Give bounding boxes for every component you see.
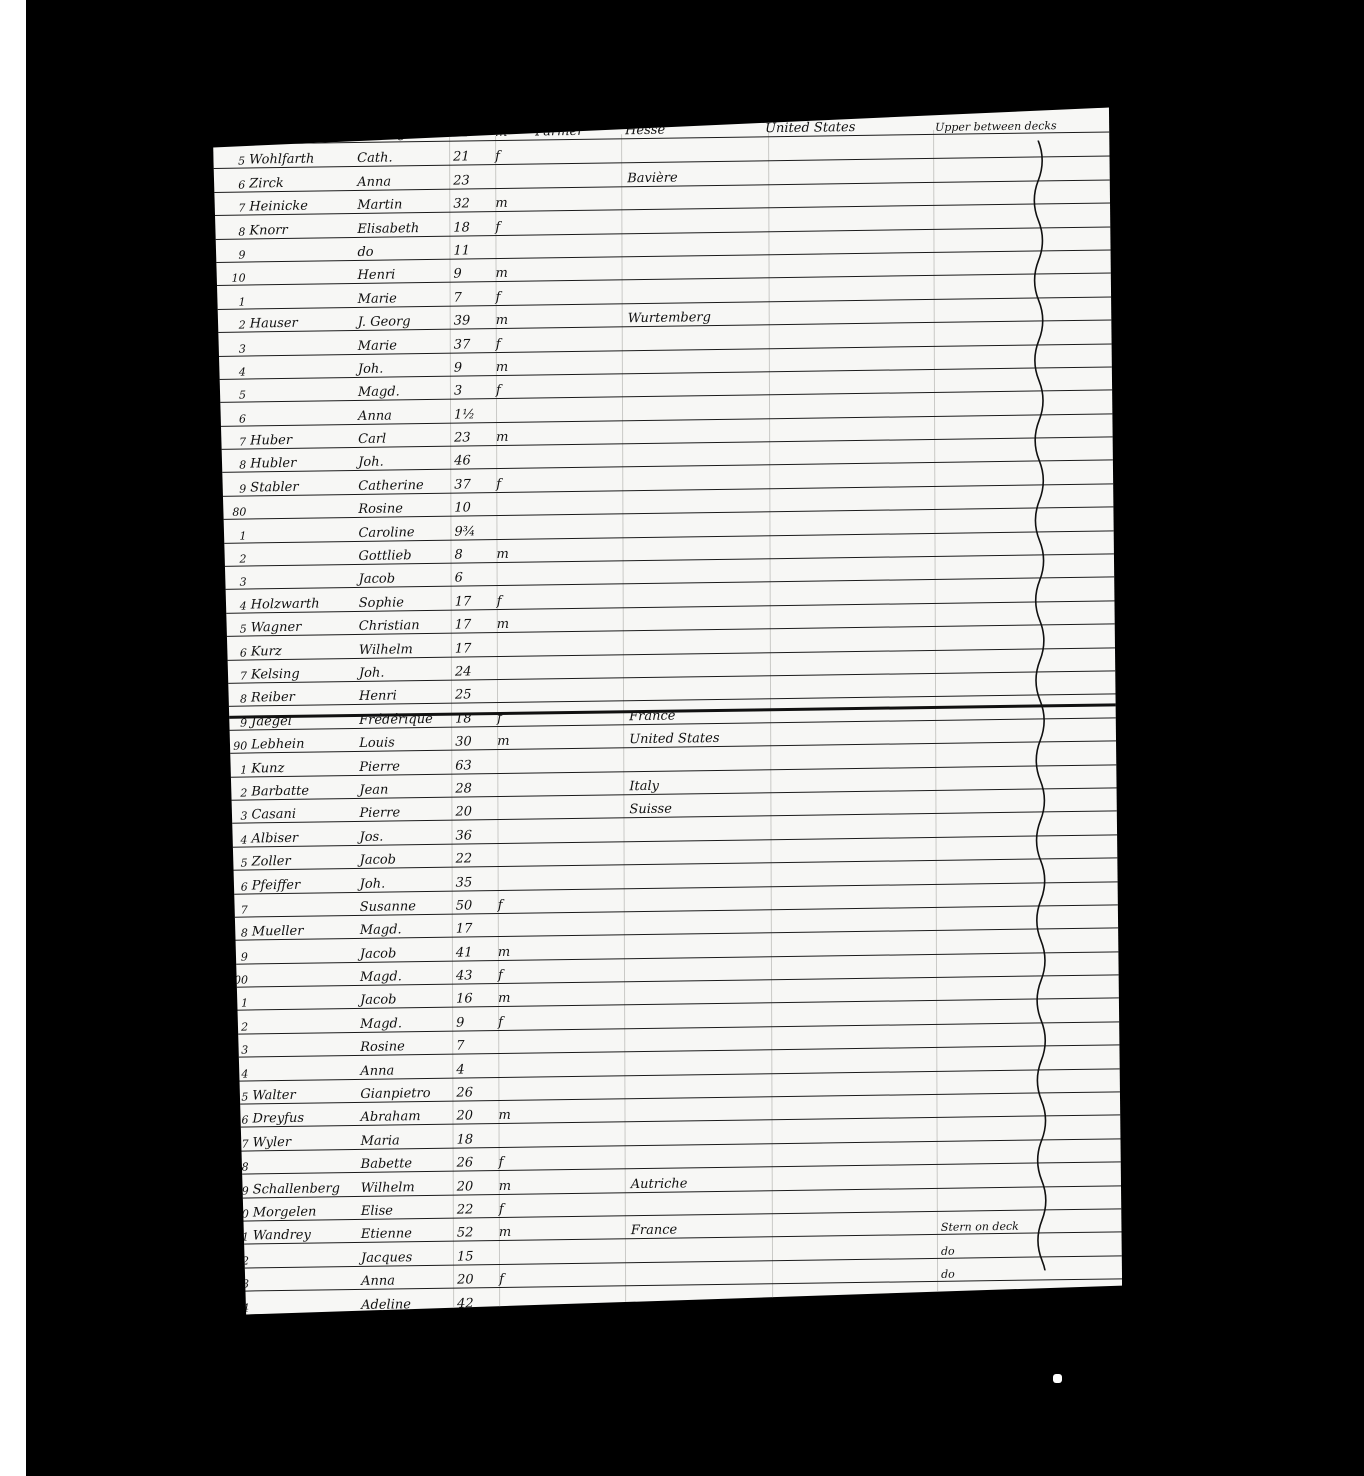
country: Autriche — [631, 1175, 771, 1192]
entry-number: 7 — [215, 669, 251, 683]
given-name: Caroline — [358, 524, 454, 540]
age: 32 — [453, 196, 495, 212]
given-name: Jacob — [360, 945, 456, 961]
age: 11 — [453, 243, 495, 259]
sex: m — [496, 429, 548, 445]
compartment: Stern on deck — [941, 1219, 1101, 1234]
sex: f — [495, 219, 547, 235]
age: 35 — [456, 875, 498, 891]
given-name: Anna — [361, 1273, 457, 1289]
age: 41 — [456, 945, 498, 961]
given-name: Jacob — [359, 571, 455, 587]
entry-number: 1 — [217, 1231, 253, 1245]
entry-number: 8 — [214, 459, 250, 473]
entry-number: 2 — [215, 553, 251, 567]
sex: f — [498, 967, 550, 983]
sex: m — [495, 125, 535, 141]
entry-number: 5 — [216, 1090, 252, 1104]
entry-number: 10 — [214, 272, 250, 286]
given-name: Pierre — [359, 805, 455, 821]
given-name: Marie — [358, 337, 454, 353]
age: 4 — [456, 1062, 498, 1078]
sex: f — [496, 476, 548, 492]
entry-number: 100 — [216, 974, 252, 988]
entry-number: 6 — [216, 1114, 252, 1128]
age: 15 — [457, 1249, 499, 1265]
entry-number: 4 — [215, 833, 251, 847]
given-name: Christian — [359, 618, 455, 634]
given-name: Maria — [361, 1132, 457, 1148]
country: Hesse — [625, 121, 765, 138]
sex: m — [496, 359, 548, 375]
entry-number: 2 — [216, 1020, 252, 1034]
sex: m — [496, 312, 548, 328]
given-name: J. Georg — [358, 314, 454, 330]
entry-number: 1 — [215, 763, 251, 777]
surname: Knorr — [249, 222, 357, 239]
entry-number: 1 — [216, 997, 252, 1011]
scan-dust-speck — [1053, 1374, 1062, 1383]
age: 18 — [457, 1132, 499, 1148]
compartment: Upper between decks — [935, 119, 1105, 134]
given-name: Henri — [358, 267, 454, 283]
given-name: do — [357, 244, 453, 260]
country: Bavière — [627, 169, 767, 186]
entry-number: 4 — [216, 1067, 252, 1081]
surname: Dreyfus — [252, 1110, 360, 1127]
destination: United States — [765, 119, 935, 136]
age: 16 — [456, 991, 498, 1007]
age: 10 — [454, 500, 496, 516]
age: 18 — [453, 220, 495, 236]
given-name: Jacques — [361, 1249, 457, 1265]
surname: Kunz — [251, 760, 359, 777]
given-name: Joh. — [358, 361, 454, 377]
given-name: Catherine — [358, 477, 454, 493]
given-name: Adeline — [361, 1296, 457, 1312]
entry-number: 5 — [216, 857, 252, 871]
sex: f — [498, 1014, 550, 1030]
entry-number: 9 — [214, 482, 250, 496]
given-name: Jacob — [360, 992, 456, 1008]
age: 20 — [455, 804, 497, 820]
entry-number: 90 — [215, 740, 251, 754]
age: 9¾ — [454, 524, 496, 540]
surname: Mueller — [252, 923, 360, 940]
age: 3 — [454, 383, 496, 399]
surname: Stabler — [250, 479, 358, 496]
compartment: do — [941, 1289, 1101, 1304]
entry-number: 2 — [214, 319, 250, 333]
given-name: Carl — [358, 431, 454, 447]
given-name: Henri — [359, 688, 455, 704]
given-name: Elisabeth — [357, 220, 453, 236]
age: 20 — [457, 1179, 499, 1195]
age: 30 — [455, 734, 497, 750]
age: 20 — [456, 1108, 498, 1124]
age: 8 — [455, 547, 497, 563]
entry-number: 7 — [216, 903, 252, 917]
country: United States — [629, 730, 769, 747]
country: Suisse — [629, 801, 769, 818]
given-name: Anna — [357, 173, 453, 189]
sex: m — [498, 991, 550, 1007]
sex — [499, 1310, 551, 1311]
continuation-squiggle-icon — [1028, 140, 1052, 1270]
given-name: Pierre — [359, 758, 455, 774]
sex: f — [495, 149, 547, 165]
entry-number: 5 — [214, 389, 250, 403]
entry-number: 9 — [213, 248, 249, 262]
given-name: Wilhelm — [361, 1179, 457, 1195]
country: Wurtemberg — [628, 309, 768, 326]
country: France — [631, 1222, 771, 1239]
surname: Albiser — [251, 830, 359, 847]
age: 52 — [457, 1225, 499, 1241]
surname: Walter — [252, 1087, 360, 1104]
surname: Casani — [251, 806, 359, 823]
surname: Kelsing — [251, 666, 359, 683]
age: 21 — [453, 125, 495, 141]
surname: Zoller — [252, 853, 360, 870]
sex: m — [497, 546, 549, 562]
age: 50 — [456, 898, 498, 914]
scan-border-strip — [0, 0, 26, 1476]
entry-number: 2 — [217, 1254, 253, 1268]
age: 36 — [455, 828, 497, 844]
country — [631, 1307, 771, 1309]
surname: Wyler — [253, 1134, 361, 1151]
entry-number: 4 — [217, 1301, 253, 1315]
entry-number: 1 — [214, 529, 250, 543]
entry-number: 3 — [217, 1278, 253, 1292]
surname: Shimmler — [249, 127, 357, 144]
given-name: Sophie — [359, 594, 455, 610]
age: 9 — [454, 266, 496, 282]
given-name: Anna — [360, 1062, 456, 1078]
sex: f — [499, 1201, 551, 1217]
entry-number: 7 — [213, 202, 249, 216]
given-name: Gottlieb — [359, 548, 455, 564]
entry-number: 8 — [213, 225, 249, 239]
destination — [771, 1304, 941, 1306]
surname: Heinicke — [249, 198, 357, 215]
age: 25 — [455, 687, 497, 703]
age: 43 — [456, 968, 498, 984]
given-name: Ludwig — [357, 126, 453, 142]
entry-number: 3 — [216, 1044, 252, 1058]
given-name: Babette — [361, 1156, 457, 1172]
given-name: Marie — [358, 290, 454, 306]
sex: m — [496, 266, 548, 282]
entry-number: 10 — [217, 1207, 253, 1221]
surname: Hubler — [250, 455, 358, 472]
compartment: do — [941, 1242, 1101, 1257]
sex: m — [495, 196, 547, 212]
age: 63 — [455, 758, 497, 774]
age: 23 — [454, 430, 496, 446]
age: 7 — [456, 1038, 498, 1054]
age: 17 — [456, 921, 498, 937]
surname: Wagner — [251, 619, 359, 636]
entry-number: 7 — [214, 436, 250, 450]
surname: Zirck — [249, 175, 357, 192]
surname: Huber — [250, 432, 358, 449]
surname: Holzwarth — [251, 596, 359, 613]
given-name: Jean — [359, 782, 455, 798]
entry-number: 4 — [215, 599, 251, 613]
compartment: Upper between decks — [941, 1313, 1101, 1315]
entry-number: 9 — [216, 950, 252, 964]
given-name: Magd. — [360, 922, 456, 938]
entry-number: 1 — [214, 295, 250, 309]
surname: Hauser — [250, 315, 358, 332]
sex: m — [497, 617, 549, 633]
entry-number: 6 — [214, 412, 250, 426]
given-name: Rosine — [358, 501, 454, 517]
given-name: Martin — [357, 197, 453, 213]
occupation: Farmer — [535, 123, 625, 139]
entry-number: 5 — [215, 623, 251, 637]
given-name: Jos. — [359, 828, 455, 844]
given-name: Wilhelm — [359, 641, 455, 657]
compartment: do — [941, 1266, 1101, 1281]
surname: Wohlfarth — [249, 151, 357, 168]
age: 17 — [455, 617, 497, 633]
age: 17 — [455, 641, 497, 657]
given-name: Susanne — [360, 899, 456, 915]
sex: f — [497, 593, 549, 609]
age: 37 — [454, 337, 496, 353]
sex: m — [498, 944, 550, 960]
sex: f — [499, 1154, 551, 1170]
entry-number: 44 — [213, 130, 249, 144]
given-name: Joh. — [358, 454, 454, 470]
occupation — [551, 1309, 631, 1310]
age: 7 — [454, 290, 496, 306]
entry-number: 3 — [215, 810, 251, 824]
entry-number: 6 — [215, 646, 251, 660]
age: 42 — [457, 1296, 499, 1312]
entry-number: 2 — [215, 786, 251, 800]
given-name: Joh. — [359, 665, 455, 681]
given-name: Etienne — [361, 1226, 457, 1242]
age: 28 — [455, 781, 497, 797]
age: 26 — [456, 1085, 498, 1101]
age: 20 — [457, 1272, 499, 1288]
entry-number: 9 — [217, 1184, 253, 1198]
given-name: Cath. — [357, 150, 453, 166]
age: 46 — [454, 454, 496, 470]
age: 23 — [453, 173, 495, 189]
surname: Wandrey — [253, 1227, 361, 1244]
age: 22 — [457, 1202, 499, 1218]
age: 26 — [457, 1155, 499, 1171]
sex: f — [496, 336, 548, 352]
entry-number: 3 — [214, 342, 250, 356]
given-name: Gianpietro — [360, 1086, 456, 1102]
age: 39 — [454, 313, 496, 329]
entry-number: 6 — [213, 178, 249, 192]
age: 37 — [454, 477, 496, 493]
age: 9 — [454, 360, 496, 376]
entry-number: 6 — [216, 880, 252, 894]
given-name: Magd. — [360, 1015, 456, 1031]
entry-number: 8 — [215, 693, 251, 707]
age: 6 — [455, 570, 497, 586]
surname: Kurz — [251, 643, 359, 660]
given-name: Abraham — [360, 1109, 456, 1125]
sex: f — [498, 897, 550, 913]
surname: Barbatte — [251, 783, 359, 800]
entry-number: 8 — [217, 1161, 253, 1175]
given-name: Magd. — [358, 384, 454, 400]
given-name: Rosine — [360, 1039, 456, 1055]
age: 1½ — [454, 407, 496, 423]
given-name: Joh. — [360, 875, 456, 891]
age: 17 — [455, 594, 497, 610]
sex: f — [496, 383, 548, 399]
entry-number: 80 — [214, 506, 250, 520]
entry-number: 5 — [213, 155, 249, 169]
country: Italy — [629, 777, 769, 794]
manifest-rows: 5WohlfarthCath.21f6ZirckAnna23Bavière7He… — [213, 133, 1122, 1315]
sex: m — [497, 733, 549, 749]
age: 24 — [455, 664, 497, 680]
entry-number: 3 — [215, 576, 251, 590]
entry-number: 4 — [214, 365, 250, 379]
surname: Pfeiffer — [252, 876, 360, 893]
age: 22 — [456, 851, 498, 867]
sex: f — [499, 1271, 551, 1287]
surname: Morgelen — [253, 1204, 361, 1221]
manifest-page: 44 Shimmler Ludwig 21 m Farmer Hesse Uni… — [213, 107, 1122, 1315]
surname: Lebhein — [251, 736, 359, 753]
sex: f — [496, 289, 548, 305]
given-name: Magd. — [360, 969, 456, 985]
sex: m — [499, 1178, 551, 1194]
entry-number: 7 — [217, 1137, 253, 1151]
age: 21 — [453, 149, 495, 165]
given-name: Anna — [358, 407, 454, 423]
surname: Schallenberg — [253, 1181, 361, 1198]
given-name: Jacob — [360, 852, 456, 868]
given-name: Louis — [359, 735, 455, 751]
given-name: Elise — [361, 1203, 457, 1219]
age: 9 — [456, 1015, 498, 1031]
sex: m — [498, 1108, 550, 1124]
surname: Reiber — [251, 689, 359, 706]
sex: m — [499, 1225, 551, 1241]
entry-number: 8 — [216, 927, 252, 941]
